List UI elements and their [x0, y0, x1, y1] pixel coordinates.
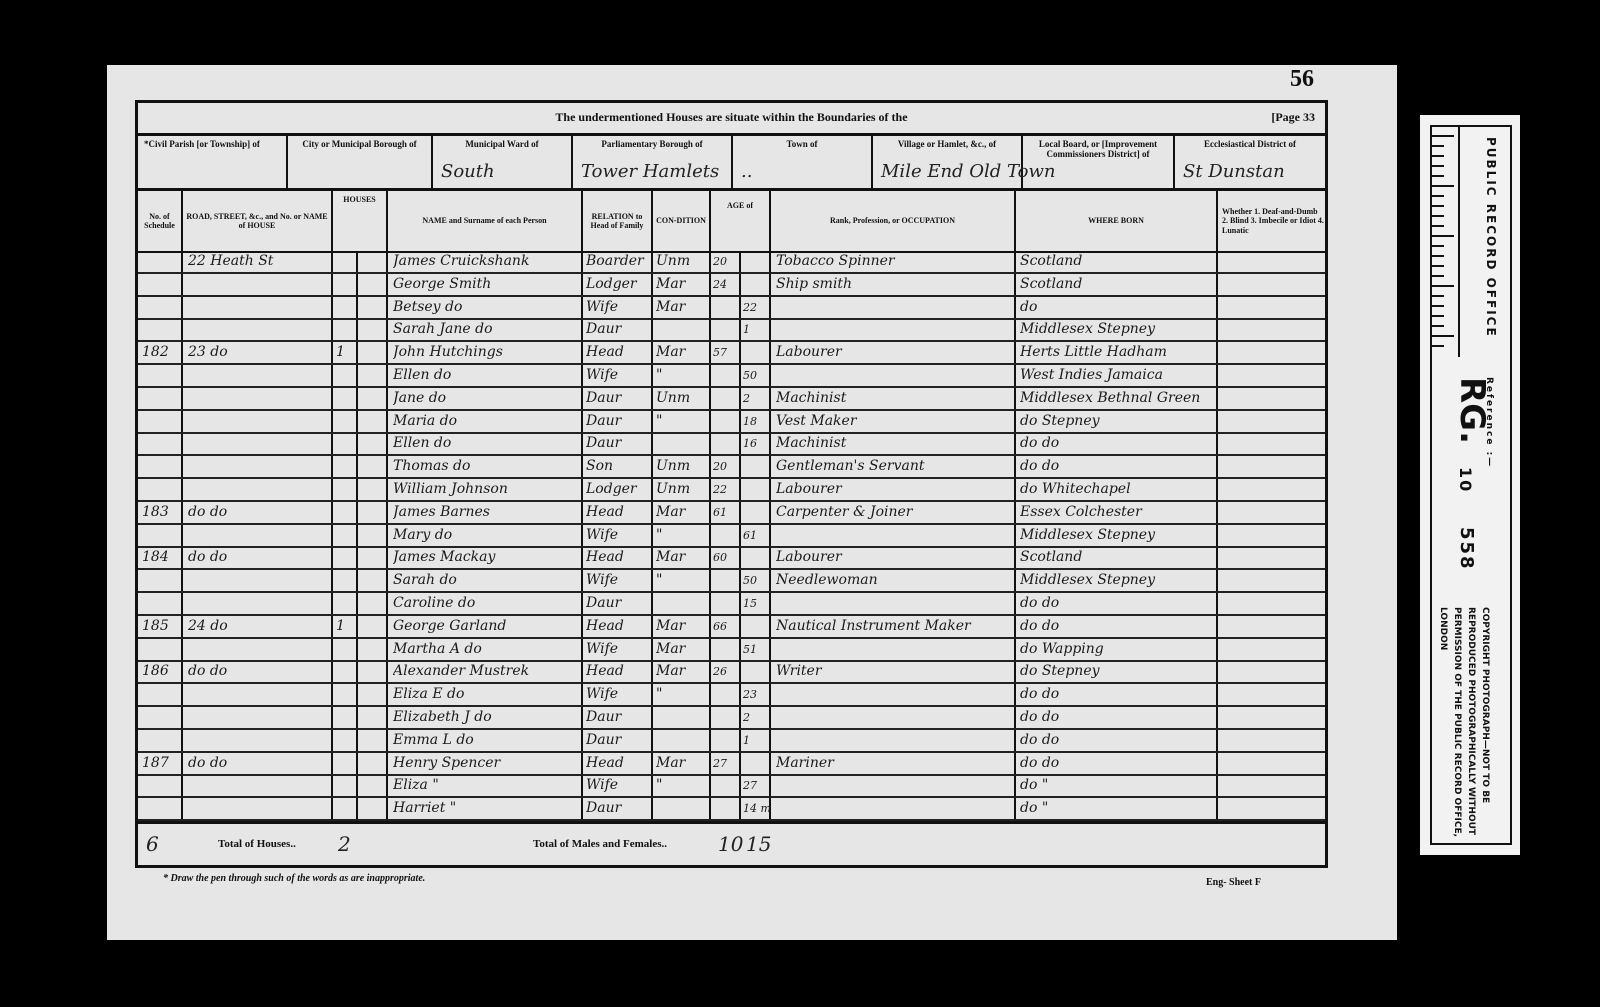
cell-occupation: Nautical Instrument Maker [776, 616, 1014, 637]
cell-condition: " [656, 365, 710, 386]
cell-road [188, 297, 328, 318]
ruler-tick [1432, 225, 1444, 227]
ruler-tick [1432, 325, 1444, 327]
cell-infirmity [1222, 411, 1322, 432]
cell-road [188, 388, 328, 409]
cell-female-age [743, 251, 771, 272]
cell-male-age [713, 433, 741, 454]
ruler-icon [1432, 127, 1460, 357]
cell-female-age [743, 502, 771, 523]
ruler-tick [1432, 175, 1444, 177]
cell-infirmity [1222, 297, 1322, 318]
cell-inhabited [336, 251, 356, 272]
cell-name: Eliza E do [393, 684, 581, 705]
cell-schedule: 184 [142, 547, 182, 568]
cell-infirmity [1222, 684, 1322, 705]
cell-schedule [142, 639, 182, 660]
cell-infirmity [1222, 456, 1322, 477]
cell-male-age: 24 [713, 274, 741, 295]
cell-occupation: Tobacco Spinner [776, 251, 1014, 272]
cell-relation: Daur [586, 388, 652, 409]
region-value: St Dunstan [1183, 161, 1285, 182]
cell-condition: Unm [656, 251, 710, 272]
cell-schedule [142, 411, 182, 432]
region-value: .. [741, 161, 752, 182]
ruler-tick [1432, 245, 1444, 247]
cell-male-age [713, 639, 741, 660]
cell-where-born: do do [1020, 730, 1216, 751]
cell-inhabited [336, 319, 356, 340]
cell-road [188, 684, 328, 705]
cell-inhabited [336, 684, 356, 705]
table-row: Maria doDaur"18Vest Makerdo Stepney [138, 411, 1325, 434]
footnote: * Draw the pen through such of the words… [163, 873, 425, 884]
cell-name: George Smith [393, 274, 581, 295]
cell-where-born: do [1020, 297, 1216, 318]
cell-condition: " [656, 411, 710, 432]
cell-inhabited [336, 775, 356, 796]
cell-relation: Head [586, 342, 652, 363]
table-row: Sarah Jane doDaur1Middlesex Stepney [138, 319, 1325, 342]
cell-male-age: 66 [713, 616, 741, 637]
cell-female-age: 2 [743, 388, 771, 409]
archive-piece: 558 [1456, 527, 1477, 571]
table-row: Ellen doDaur16Machinistdo do [138, 433, 1325, 456]
table-row: Caroline doDaur15do do [138, 593, 1325, 616]
ruler-tick [1432, 345, 1444, 347]
cell-condition: Mar [656, 547, 710, 568]
cell-infirmity [1222, 616, 1322, 637]
table-row: Eliza E doWife"23do do [138, 684, 1325, 707]
cell-name: Henry Spencer [393, 753, 581, 774]
table-row: Jane doDaurUnm2MachinistMiddlesex Bethna… [138, 388, 1325, 411]
cell-relation: Daur [586, 707, 652, 728]
cell-infirmity [1222, 570, 1322, 591]
cell-occupation [776, 684, 1014, 705]
cell-infirmity [1222, 525, 1322, 546]
cell-where-born: do do [1020, 684, 1216, 705]
cell-where-born: Scotland [1020, 274, 1216, 295]
cell-name: Emma L do [393, 730, 581, 751]
ruler-tick [1432, 285, 1454, 287]
cell-female-age: 2 [743, 707, 771, 728]
table-row: George SmithLodgerMar24Ship smithScotlan… [138, 274, 1325, 297]
col-header-name: NAME and Surname of each Person [388, 191, 583, 251]
cell-condition: Mar [656, 616, 710, 637]
cell-name: Sarah Jane do [393, 319, 581, 340]
cell-schedule [142, 433, 182, 454]
cell-road [188, 479, 328, 500]
cell-inhabited [336, 639, 356, 660]
cell-relation: Lodger [586, 274, 652, 295]
cell-name: Ellen do [393, 365, 581, 386]
cell-name: William Johnson [393, 479, 581, 500]
cell-name: Martha A do [393, 639, 581, 660]
cell-schedule [142, 479, 182, 500]
ruler-tick [1432, 275, 1444, 277]
cell-relation: Lodger [586, 479, 652, 500]
cell-where-born: Middlesex Stepney [1020, 570, 1216, 591]
cell-relation: Head [586, 616, 652, 637]
cell-name: James Mackay [393, 547, 581, 568]
cell-road [188, 730, 328, 751]
cell-name: Maria do [393, 411, 581, 432]
total-houses-value: 2 [338, 832, 351, 856]
cell-inhabited [336, 456, 356, 477]
cell-road: do do [188, 661, 328, 682]
cell-name: Sarah do [393, 570, 581, 591]
cell-infirmity [1222, 639, 1322, 660]
cell-male-age [713, 297, 741, 318]
cell-schedule [142, 570, 182, 591]
cell-condition: " [656, 570, 710, 591]
cell-occupation: Writer [776, 661, 1014, 682]
cell-where-born: do do [1020, 433, 1216, 454]
table-row: Harriet "Daur14 mnthdo " [138, 798, 1325, 821]
cell-condition [656, 798, 710, 819]
table-row: Elizabeth J doDaur2do do [138, 707, 1325, 730]
region-civil-parish: *Civil Parish [or Township] of [138, 133, 288, 188]
cell-inhabited [336, 274, 356, 295]
cell-relation: Boarder [586, 251, 652, 272]
col-header-relation: RELATION to Head of Family [583, 191, 653, 251]
ruler-tick [1432, 135, 1454, 137]
cell-male-age [713, 798, 741, 819]
cell-schedule [142, 274, 182, 295]
cell-name: John Hutchings [393, 342, 581, 363]
cell-schedule [142, 707, 182, 728]
cell-schedule [142, 684, 182, 705]
cell-condition: Unm [656, 388, 710, 409]
cell-condition: Unm [656, 479, 710, 500]
folio-number: 56 [1290, 66, 1314, 93]
cell-male-age [713, 684, 741, 705]
cell-relation: Daur [586, 798, 652, 819]
cell-name: James Cruickshank [393, 251, 581, 272]
cell-female-age: 50 [743, 570, 771, 591]
cell-where-born: Essex Colchester [1020, 502, 1216, 523]
cell-male-age [713, 319, 741, 340]
ruler-tick [1432, 255, 1444, 257]
cell-occupation [776, 798, 1014, 819]
cell-relation: Head [586, 661, 652, 682]
cell-occupation: Machinist [776, 388, 1014, 409]
cell-female-age: 22 [743, 297, 771, 318]
cell-inhabited [336, 365, 356, 386]
cell-condition: " [656, 775, 710, 796]
cell-name: Eliza " [393, 775, 581, 796]
cell-where-born: do " [1020, 798, 1216, 819]
total-persons-label: Total of Males and Females.. [533, 838, 667, 850]
cell-occupation [776, 775, 1014, 796]
cell-infirmity [1222, 319, 1322, 340]
cell-relation: Wife [586, 639, 652, 660]
cell-name: Alexander Mustrek [393, 661, 581, 682]
table-row: Sarah doWife"50NeedlewomanMiddlesex Step… [138, 570, 1325, 593]
ruler-tick [1432, 145, 1444, 147]
table-row: Thomas doSonUnm20Gentleman's Servantdo d… [138, 456, 1325, 479]
cell-where-born: do Stepney [1020, 411, 1216, 432]
cell-male-age [713, 365, 741, 386]
ruler-tick [1432, 215, 1444, 217]
table-row: William JohnsonLodgerUnm22Labourerdo Whi… [138, 479, 1325, 502]
cell-male-age [713, 730, 741, 751]
archive-office-name: PUBLIC RECORD OFFICE [1484, 137, 1498, 338]
cell-male-age: 20 [713, 456, 741, 477]
cell-female-age [743, 547, 771, 568]
cell-occupation [776, 707, 1014, 728]
cell-schedule [142, 297, 182, 318]
cell-male-age: 61 [713, 502, 741, 523]
cell-female-age: 50 [743, 365, 771, 386]
cell-relation: Son [586, 456, 652, 477]
cell-female-age: 61 [743, 525, 771, 546]
ruler-tick [1432, 185, 1454, 187]
cell-male-age: 27 [713, 753, 741, 774]
cell-condition: Mar [656, 297, 710, 318]
cell-inhabited [336, 661, 356, 682]
table-row: 184do doJames MackayHeadMar60LabourerSco… [138, 547, 1325, 570]
ruler-tick [1432, 155, 1444, 157]
region-value: South [441, 161, 495, 182]
cell-name: Jane do [393, 388, 581, 409]
cell-where-born: West Indies Jamaica [1020, 365, 1216, 386]
page-reference: [Page 33 [1271, 110, 1315, 125]
cell-male-age [713, 525, 741, 546]
cell-inhabited [336, 502, 356, 523]
cell-male-age: 22 [713, 479, 741, 500]
cell-female-age: 15 [743, 593, 771, 614]
cell-condition: Unm [656, 456, 710, 477]
cell-infirmity [1222, 251, 1322, 272]
cell-condition [656, 319, 710, 340]
totals-row: 6 Total of Houses.. 2 Total of Males and… [138, 821, 1325, 871]
cell-condition [656, 707, 710, 728]
cell-inhabited [336, 593, 356, 614]
cell-infirmity [1222, 547, 1322, 568]
total-houses-label: Total of Houses.. [218, 838, 296, 850]
sheet-label: Eng- Sheet F [1206, 877, 1261, 888]
header-title: The undermentioned Houses are situate wi… [138, 110, 1325, 125]
cell-occupation: Labourer [776, 547, 1014, 568]
region-label: Parliamentary Borough of [579, 139, 725, 149]
cell-inhabited [336, 433, 356, 454]
cell-occupation: Labourer [776, 342, 1014, 363]
cell-infirmity [1222, 593, 1322, 614]
region-parliamentary-borough: Parliamentary Borough of Tower Hamlets [573, 133, 733, 188]
cell-name: Caroline do [393, 593, 581, 614]
cell-schedule [142, 456, 182, 477]
total-males-value: 10 [718, 832, 743, 856]
cell-inhabited: 1 [336, 616, 356, 637]
cell-road [188, 707, 328, 728]
cell-road [188, 433, 328, 454]
cell-inhabited [336, 570, 356, 591]
cell-where-born: Middlesex Stepney [1020, 525, 1216, 546]
archive-reference-label: PUBLIC RECORD OFFICE Reference :— RG. 10… [1420, 115, 1520, 855]
cell-inhabited [336, 753, 356, 774]
cell-where-born: do do [1020, 753, 1216, 774]
cell-female-age: 1 [743, 319, 771, 340]
cell-schedule [142, 388, 182, 409]
cell-infirmity [1222, 365, 1322, 386]
cell-road [188, 798, 328, 819]
cell-male-age [713, 570, 741, 591]
cell-occupation: Needlewoman [776, 570, 1014, 591]
cell-name: Betsey do [393, 297, 581, 318]
col-header-occupation: Rank, Profession, or OCCUPATION [771, 191, 1016, 251]
cell-schedule [142, 593, 182, 614]
cell-male-age [713, 707, 741, 728]
ruler-tick [1432, 195, 1444, 197]
cell-female-age [743, 753, 771, 774]
table-row: Martha A doWifeMar51do Wapping [138, 639, 1325, 662]
cell-where-born: do Whitechapel [1020, 479, 1216, 500]
region-label: Village or Hamlet, &c., of [879, 139, 1015, 149]
archive-series: 10 [1456, 467, 1475, 493]
cell-occupation: Ship smith [776, 274, 1014, 295]
cell-road: do do [188, 753, 328, 774]
cell-female-age: 16 [743, 433, 771, 454]
region-municipal-borough: City or Municipal Borough of [288, 133, 433, 188]
archive-copyright: COPYRIGHT PHOTOGRAPH—NOT TO BE REPRODUCE… [1436, 607, 1492, 837]
cell-infirmity [1222, 342, 1322, 363]
region-village-hamlet: Village or Hamlet, &c., of Mile End Old … [873, 133, 1023, 188]
cell-infirmity [1222, 798, 1322, 819]
cell-name: Harriet " [393, 798, 581, 819]
table-row: 18223 do1John HutchingsHeadMar57Labourer… [138, 342, 1325, 365]
cell-inhabited [336, 798, 356, 819]
cell-condition: Mar [656, 502, 710, 523]
cell-where-born: Scotland [1020, 547, 1216, 568]
ruler-tick [1432, 315, 1444, 317]
cell-road [188, 274, 328, 295]
table-row: Emma L doDaur1do do [138, 730, 1325, 753]
cell-road [188, 775, 328, 796]
cell-infirmity [1222, 753, 1322, 774]
cell-infirmity [1222, 730, 1322, 751]
cell-condition [656, 730, 710, 751]
cell-female-age [743, 661, 771, 682]
cell-road [188, 525, 328, 546]
region-ecclesiastical-district: Ecclesiastical District of St Dunstan [1175, 133, 1325, 188]
cell-infirmity [1222, 502, 1322, 523]
cell-where-born: Herts Little Hadham [1020, 342, 1216, 363]
col-header-schedule: No. of Schedule [138, 191, 183, 251]
cell-where-born: do do [1020, 593, 1216, 614]
cell-female-age: 51 [743, 639, 771, 660]
cell-female-age [743, 274, 771, 295]
cell-schedule: 186 [142, 661, 182, 682]
cell-where-born: Scotland [1020, 251, 1216, 272]
cell-condition: Mar [656, 639, 710, 660]
col-header-houses: HOUSES [333, 191, 388, 251]
cell-relation: Wife [586, 570, 652, 591]
cell-schedule: 182 [142, 342, 182, 363]
cell-schedule [142, 775, 182, 796]
total-schedules-mark: 6 [146, 832, 159, 856]
cell-infirmity [1222, 479, 1322, 500]
ruler-tick [1432, 205, 1444, 207]
cell-name: Mary do [393, 525, 581, 546]
cell-where-born: do Wapping [1020, 639, 1216, 660]
cell-inhabited [336, 547, 356, 568]
cell-condition [656, 433, 710, 454]
cell-male-age [713, 593, 741, 614]
cell-road [188, 570, 328, 591]
cell-road: 24 do [188, 616, 328, 637]
cell-female-age: 18 [743, 411, 771, 432]
cell-road [188, 593, 328, 614]
region-label: Town of [739, 139, 865, 149]
table-row: 183do doJames BarnesHeadMar61Carpenter &… [138, 502, 1325, 525]
table-row: 186do doAlexander MustrekHeadMar26Writer… [138, 661, 1325, 684]
cell-relation: Wife [586, 297, 652, 318]
cell-relation: Wife [586, 365, 652, 386]
col-header-where-born: WHERE BORN [1016, 191, 1218, 251]
archive-label-frame: PUBLIC RECORD OFFICE Reference :— RG. 10… [1430, 125, 1512, 845]
header-banner: The undermentioned Houses are situate wi… [138, 103, 1325, 136]
cell-relation: Wife [586, 525, 652, 546]
cell-where-born: do do [1020, 456, 1216, 477]
cell-schedule [142, 730, 182, 751]
cell-female-age: 23 [743, 684, 771, 705]
cell-schedule: 187 [142, 753, 182, 774]
cell-condition: Mar [656, 753, 710, 774]
cell-occupation [776, 730, 1014, 751]
table-row: Betsey doWifeMar22do [138, 297, 1325, 320]
cell-where-born: Middlesex Bethnal Green [1020, 388, 1216, 409]
table-row: 22 Heath StJames CruickshankBoarderUnm20… [138, 251, 1325, 274]
col-header-infirmity: Whether 1. Deaf-and-Dumb 2. Blind 3. Imb… [1218, 191, 1325, 251]
cell-male-age: 60 [713, 547, 741, 568]
cell-inhabited [336, 411, 356, 432]
cell-road: do do [188, 547, 328, 568]
cell-road: 22 Heath St [188, 251, 328, 272]
cell-occupation: Machinist [776, 433, 1014, 454]
ruler-tick [1432, 235, 1454, 237]
cell-name: James Barnes [393, 502, 581, 523]
ruler-tick [1432, 295, 1444, 297]
cell-relation: Daur [586, 730, 652, 751]
cell-schedule [142, 319, 182, 340]
cell-female-age: 14 mnth [743, 798, 771, 819]
cell-female-age: 27 [743, 775, 771, 796]
cell-road [188, 319, 328, 340]
cell-infirmity [1222, 775, 1322, 796]
col-header-condition: CON-DITION [653, 191, 711, 251]
cell-schedule: 185 [142, 616, 182, 637]
cell-road [188, 365, 328, 386]
cell-inhabited [336, 297, 356, 318]
cell-relation: Head [586, 753, 652, 774]
cell-occupation: Mariner [776, 753, 1014, 774]
cell-relation: Head [586, 547, 652, 568]
cell-female-age [743, 342, 771, 363]
cell-occupation: Carpenter & Joiner [776, 502, 1014, 523]
cell-inhabited [336, 707, 356, 728]
cell-occupation [776, 525, 1014, 546]
cell-female-age [743, 456, 771, 477]
archive-class: RG. [1452, 377, 1492, 444]
cell-occupation [776, 593, 1014, 614]
cell-inhabited: 1 [336, 342, 356, 363]
ruler-tick [1432, 265, 1444, 267]
table-row: Ellen doWife"50West Indies Jamaica [138, 365, 1325, 388]
table-row: 187do doHenry SpencerHeadMar27Marinerdo … [138, 753, 1325, 776]
cell-male-age [713, 411, 741, 432]
cell-occupation: Gentleman's Servant [776, 456, 1014, 477]
